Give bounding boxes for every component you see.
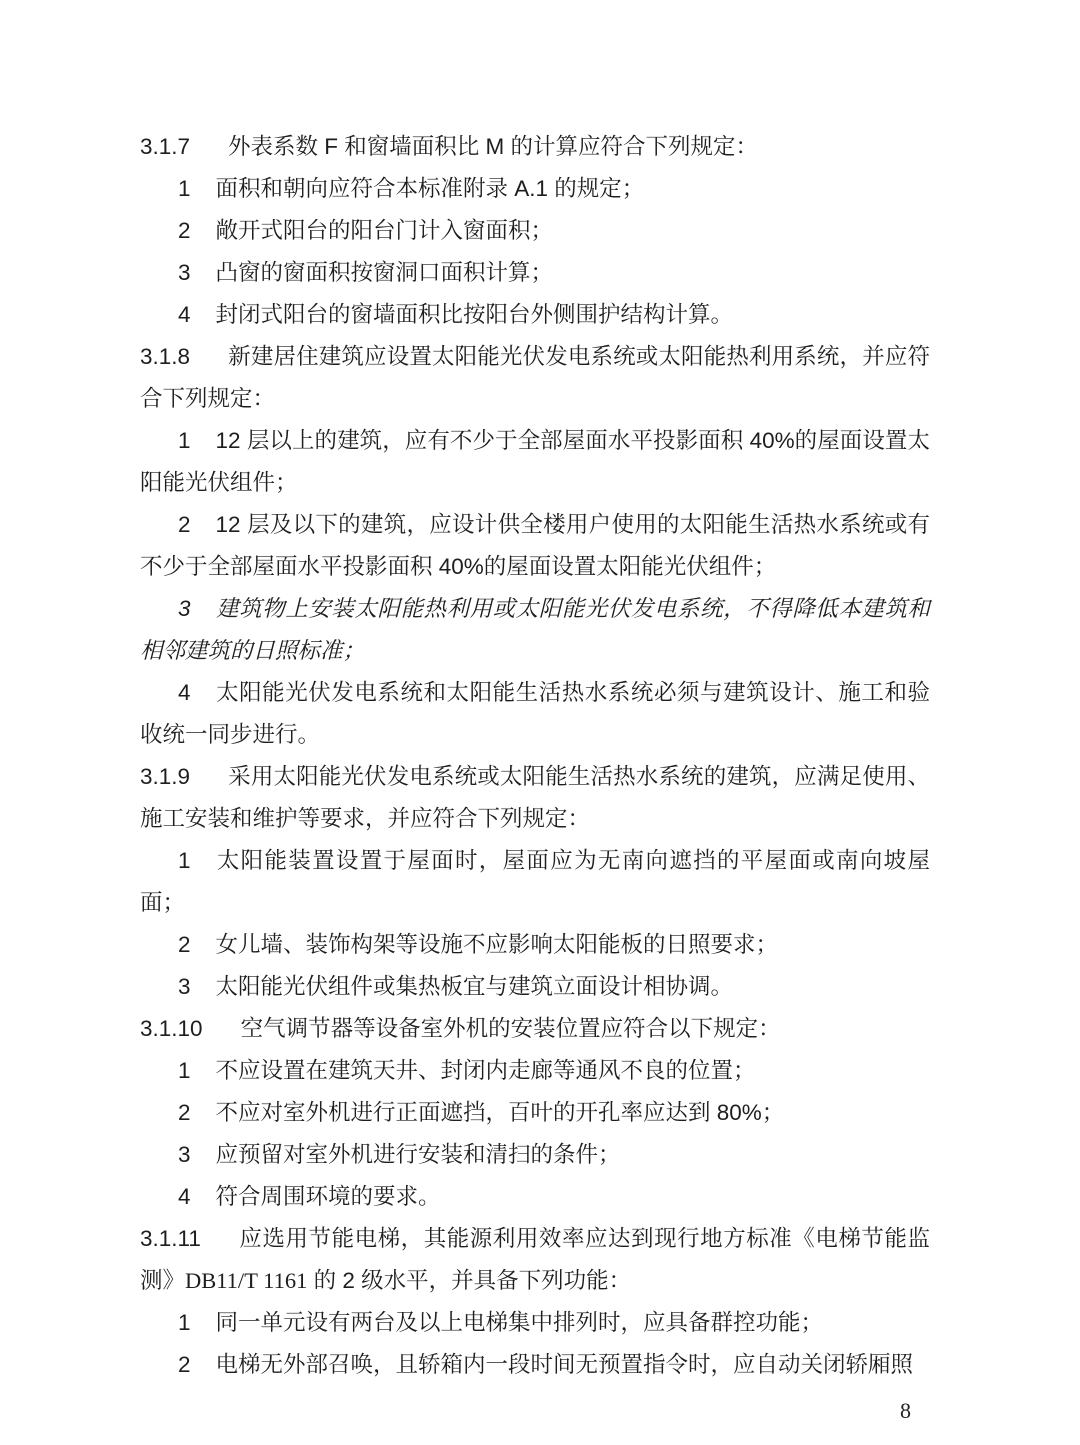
item-number: 3 <box>178 260 191 285</box>
item-text: 封闭式阳台的窗墙面积比按阳台外侧围护结构计算。 <box>216 302 734 327</box>
item-text: 应预留对室外机进行安装和清扫的条件； <box>216 1142 621 1167</box>
clause-3-1-8-item-1: 112 层以上的建筑，应有不少于全部屋面水平投影面积 40%的屋面设置太阳能光伏… <box>140 420 930 504</box>
clause-heading-3-1-10: 3.1.10空气调节器等设备室外机的安装位置应符合以下规定： <box>140 1008 930 1050</box>
clause-number: 3.1.7 <box>140 134 190 159</box>
item-text: 凸窗的窗面积按窗洞口面积计算； <box>216 260 554 285</box>
item-number: 3 <box>178 974 191 999</box>
item-number: 1 <box>178 428 191 453</box>
clause-heading-3-1-8: 3.1.8新建居住建筑应设置太阳能光伏发电系统或太阳能热利用系统，并应符合下列规… <box>140 336 930 420</box>
clause-number: 3.1.10 <box>140 1016 203 1041</box>
item-text: 电梯无外部召唤，且轿箱内一段时间无预置指令时，应自动关闭轿厢照 <box>216 1352 914 1377</box>
item-text: 敞开式阳台的阳台门计入窗面积； <box>216 218 554 243</box>
standard-code: DB11/T 1161 <box>185 1268 307 1293</box>
clause-3-1-7-item-4: 4封闭式阳台的窗墙面积比按阳台外侧围护结构计算。 <box>140 294 930 336</box>
clause-text: 采用太阳能光伏发电系统或太阳能生活热水系统的建筑，应满足使用、施工安装和维护等要… <box>140 764 930 831</box>
clause-number: 3.1.8 <box>140 344 190 369</box>
item-text: 不应对室外机进行正面遮挡，百叶的开孔率应达到 80%； <box>216 1100 785 1125</box>
item-text: 太阳能光伏组件或集热板宜与建筑立面设计相协调。 <box>216 974 734 999</box>
item-text: 符合周围环境的要求。 <box>216 1184 441 1209</box>
item-number: 4 <box>178 302 191 327</box>
clause-text: 空气调节器等设备室外机的安装位置应符合以下规定： <box>241 1016 781 1041</box>
item-number: 1 <box>178 1310 191 1335</box>
clause-3-1-9-item-2: 2女儿墙、装饰构架等设施不应影响太阳能板的日照要求； <box>140 924 930 966</box>
item-text: 12 层以上的建筑，应有不少于全部屋面水平投影面积 40%的屋面设置太阳能光伏组… <box>140 428 930 495</box>
clause-3-1-7-item-3: 3凸窗的窗面积按窗洞口面积计算； <box>140 252 930 294</box>
item-number: 2 <box>178 1352 191 1377</box>
clause-3-1-10-item-2: 2不应对室外机进行正面遮挡，百叶的开孔率应达到 80%； <box>140 1092 930 1134</box>
item-text: 太阳能光伏发电系统和太阳能生活热水系统必须与建筑设计、施工和验收统一同步进行。 <box>140 680 930 747</box>
clause-number: 3.1.11 <box>140 1226 201 1251</box>
document-body: 3.1.7外表系数 F 和窗墙面积比 M 的计算应符合下列规定： 1面积和朝向应… <box>140 126 930 1386</box>
clause-heading-3-1-7: 3.1.7外表系数 F 和窗墙面积比 M 的计算应符合下列规定： <box>140 126 930 168</box>
clause-3-1-9-item-3: 3太阳能光伏组件或集热板宜与建筑立面设计相协调。 <box>140 966 930 1008</box>
clause-3-1-7-item-1: 1面积和朝向应符合本标准附录 A.1 的规定； <box>140 168 930 210</box>
clause-3-1-11-item-1: 1同一单元设有两台及以上电梯集中排列时，应具备群控功能； <box>140 1302 930 1344</box>
item-number: 1 <box>178 848 191 873</box>
clause-text: 外表系数 F 和窗墙面积比 M 的计算应符合下列规定： <box>228 134 758 159</box>
item-number: 4 <box>178 1184 191 1209</box>
item-number: 2 <box>178 218 191 243</box>
item-number: 1 <box>178 1058 191 1083</box>
item-text: 同一单元设有两台及以上电梯集中排列时，应具备群控功能； <box>216 1310 824 1335</box>
item-number: 3 <box>178 596 191 621</box>
clause-number: 3.1.9 <box>140 764 190 789</box>
item-number: 3 <box>178 1142 191 1167</box>
clause-heading-3-1-11: 3.1.11应选用节能电梯，其能源利用效率应达到现行地方标准《电梯节能监测》DB… <box>140 1218 930 1302</box>
item-number: 4 <box>178 680 191 705</box>
item-text: 12 层及以下的建筑，应设计供全楼用户使用的太阳能生活热水系统或有不少于全部屋面… <box>140 512 930 579</box>
clause-3-1-11-item-2: 2电梯无外部召唤，且轿箱内一段时间无预置指令时，应自动关闭轿厢照 <box>140 1344 930 1386</box>
clause-heading-3-1-9: 3.1.9采用太阳能光伏发电系统或太阳能生活热水系统的建筑，应满足使用、施工安装… <box>140 756 930 840</box>
clause-text-post: 的 2 级水平，并具备下列功能： <box>307 1268 631 1293</box>
item-number: 2 <box>178 1100 191 1125</box>
clause-3-1-10-item-3: 3应预留对室外机进行安装和清扫的条件； <box>140 1134 930 1176</box>
clause-3-1-8-item-2: 212 层及以下的建筑，应设计供全楼用户使用的太阳能生活热水系统或有不少于全部屋… <box>140 504 930 588</box>
item-text: 太阳能装置设置于屋面时，屋面应为无南向遮挡的平屋面或南向坡屋面； <box>140 848 930 915</box>
item-number: 1 <box>178 176 191 201</box>
page-number: 8 <box>900 1398 911 1424</box>
item-text: 不应设置在建筑天井、封闭内走廊等通风不良的位置； <box>216 1058 756 1083</box>
clause-text: 新建居住建筑应设置太阳能光伏发电系统或太阳能热利用系统，并应符合下列规定： <box>140 344 930 411</box>
item-text: 面积和朝向应符合本标准附录 A.1 的规定； <box>216 176 645 201</box>
item-text: 建筑物上安装太阳能热利用或太阳能光伏发电系统，不得降低本建筑和相邻建筑的日照标准… <box>140 596 930 663</box>
document-page: 3.1.7外表系数 F 和窗墙面积比 M 的计算应符合下列规定： 1面积和朝向应… <box>0 0 1080 1445</box>
clause-3-1-8-item-4: 4太阳能光伏发电系统和太阳能生活热水系统必须与建筑设计、施工和验收统一同步进行。 <box>140 672 930 756</box>
clause-3-1-8-item-3-emphasized: 3建筑物上安装太阳能热利用或太阳能光伏发电系统，不得降低本建筑和相邻建筑的日照标… <box>140 588 930 672</box>
clause-3-1-7-item-2: 2敞开式阳台的阳台门计入窗面积； <box>140 210 930 252</box>
clause-3-1-10-item-1: 1不应设置在建筑天井、封闭内走廊等通风不良的位置； <box>140 1050 930 1092</box>
clause-3-1-9-item-1: 1太阳能装置设置于屋面时，屋面应为无南向遮挡的平屋面或南向坡屋面； <box>140 840 930 924</box>
clause-3-1-10-item-4: 4符合周围环境的要求。 <box>140 1176 930 1218</box>
item-number: 2 <box>178 932 191 957</box>
item-text: 女儿墙、装饰构架等设施不应影响太阳能板的日照要求； <box>216 932 779 957</box>
item-number: 2 <box>178 512 191 537</box>
